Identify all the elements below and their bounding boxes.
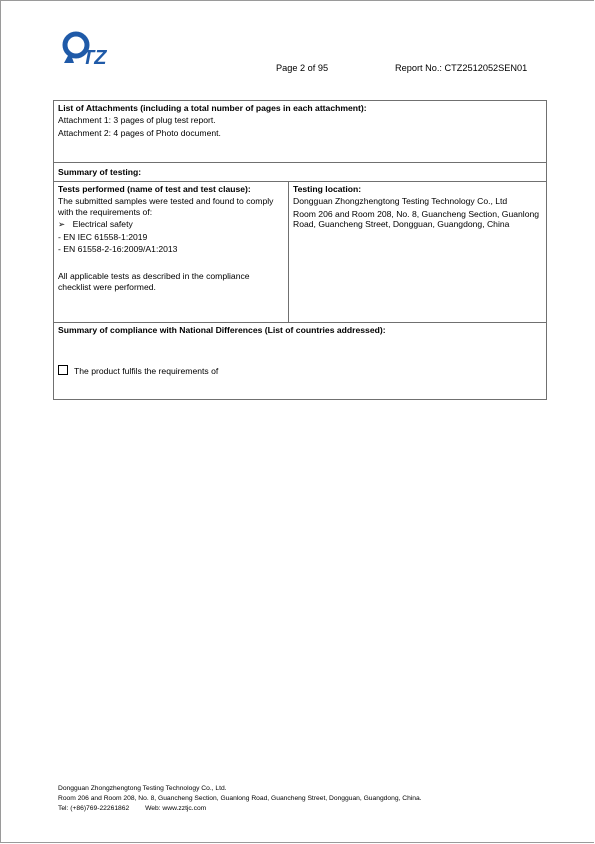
national-differences-title: Summary of compliance with National Diff… bbox=[58, 325, 542, 335]
attachments-title: List of Attachments (including a total n… bbox=[58, 103, 542, 113]
summary-columns: Tests performed (name of test and test c… bbox=[53, 181, 547, 323]
footer: Dongguan Zhongzhengtong Testing Technolo… bbox=[58, 784, 422, 815]
tests-performed-cell: Tests performed (name of test and test c… bbox=[54, 182, 289, 322]
test-bullet-label: Electrical safety bbox=[73, 219, 133, 229]
footer-company: Dongguan Zhongzhengtong Testing Technolo… bbox=[58, 784, 422, 794]
standard-item: - EN 61558-2-16:2009/A1:2013 bbox=[58, 244, 284, 254]
report-number: Report No.: CTZ2512052SEN01 bbox=[395, 63, 527, 73]
testing-location-company: Dongguan Zhongzhengtong Testing Technolo… bbox=[293, 196, 542, 206]
checkbox-label: The product fulfils the requirements of bbox=[74, 366, 218, 376]
tests-intro: The submitted samples were tested and fo… bbox=[58, 196, 284, 217]
page-number: Page 2 of 95 bbox=[276, 63, 328, 73]
attachment-item: Attachment 1: 3 pages of plug test repor… bbox=[58, 115, 542, 125]
footer-contact: Tel: (+86)769-22261862 Web: www.zztjc.co… bbox=[58, 804, 422, 814]
footer-tel: Tel: (+86)769-22261862 bbox=[58, 804, 129, 814]
svg-text:TZ: TZ bbox=[82, 47, 107, 66]
footer-address: Room 206 and Room 208, No. 8, Guancheng … bbox=[58, 794, 422, 804]
testing-location-heading: Testing location: bbox=[293, 184, 542, 194]
test-bullet: ➢ Electrical safety bbox=[58, 219, 284, 229]
national-differences-section: Summary of compliance with National Diff… bbox=[53, 322, 547, 400]
tests-performed-heading: Tests performed (name of test and test c… bbox=[58, 184, 284, 194]
testing-location-cell: Testing location: Dongguan Zhongzhengton… bbox=[289, 182, 546, 322]
tests-conclusion: All applicable tests as described in the… bbox=[58, 271, 284, 292]
attachment-item: Attachment 2: 4 pages of Photo document. bbox=[58, 128, 542, 138]
bullet-arrow-icon: ➢ bbox=[58, 219, 65, 229]
ctz-logo-icon: TZ bbox=[62, 30, 118, 66]
checkbox-unchecked-icon[interactable] bbox=[58, 365, 68, 375]
footer-web[interactable]: Web: www.zztjc.com bbox=[145, 804, 206, 814]
standard-item: - EN IEC 61558-1:2019 bbox=[58, 232, 284, 242]
testing-location-address: Room 206 and Room 208, No. 8, Guancheng … bbox=[293, 209, 542, 230]
national-differences-checkbox-row: The product fulfils the requirements of bbox=[58, 365, 542, 376]
summary-of-testing-title: Summary of testing: bbox=[53, 162, 547, 182]
attachments-section: List of Attachments (including a total n… bbox=[53, 100, 547, 163]
